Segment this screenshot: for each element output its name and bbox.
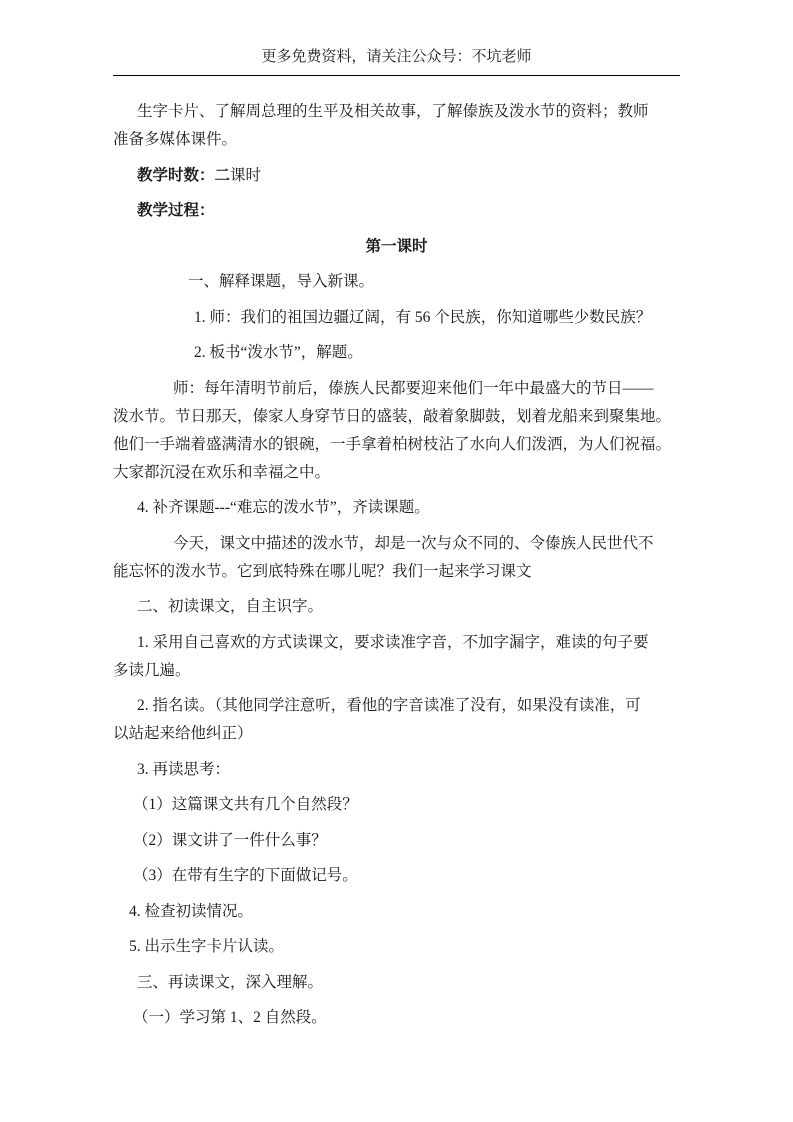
section-1-today-paragraph: 今天，课文中描述的泼水节，却是一次与众不同的、令傣族人民世代不 能忘怀的泼水节。… (113, 530, 680, 586)
section-2-item-3: 3. 再读思考： (113, 756, 680, 784)
section-1-teacher-talk: 师：每年清明节前后，傣族人民都要迎来他们一年中最盛大的节日—— 泼水节。节日那天… (113, 375, 680, 487)
section-2-item-1: 1. 采用自己喜欢的方式读课文，要求读准字音，不加字漏字，难读的句子要 多读几遍… (113, 629, 680, 685)
page-header: 更多免费资料，请关注公众号：不坑老师 (113, 0, 680, 76)
section-2-question-1: （1）这篇课文共有几个自然段？ (113, 791, 680, 819)
section-1-item-4: 4. 补齐课题---“难忘的泼水节”，齐读课题。 (113, 494, 680, 522)
section-2-item-2: 2. 指名读。（其他同学注意听，看他的字音读准了没有，如果没有读准，可 以站起来… (113, 692, 680, 748)
teaching-hours-value: 课时 (230, 167, 261, 184)
section-1-item-1: 1. 师：我们的祖国边疆辽阔，有 56 个民族，你知道哪些少数民族？ (113, 304, 680, 332)
section-2-question-2: （2）课文讲了一件什么事？ (113, 827, 680, 855)
section-1-heading: 一、解释课题，导入新课。 (113, 268, 680, 296)
section-1-item-2: 2. 板书“泼水节”，解题。 (113, 339, 680, 367)
paragraph-teaching-process-label: 教学过程： (113, 197, 680, 225)
section-3-sub-1: （一）学习第 1、2 自然段。 (113, 1004, 680, 1032)
lesson-one-title: 第一课时 (113, 233, 680, 261)
teaching-hours-label: 教学时数：二 (137, 167, 230, 184)
section-2-heading: 二、初读课文，自主识字。 (113, 593, 680, 621)
section-2-question-3: （3）在带有生字的下面做记号。 (113, 862, 680, 890)
section-2-item-5: 5. 出示生字卡片认读。 (113, 933, 680, 961)
header-notice: 更多免费资料，请关注公众号：不坑老师 (261, 49, 531, 65)
section-2-item-4: 4. 检查初读情况。 (113, 898, 680, 926)
document-body: 生字卡片、了解周总理的生平及相关故事，了解傣族及泼水节的资料；教师 准备多媒体课… (113, 98, 680, 1032)
section-3-heading: 三、再读课文，深入理解。 (113, 969, 680, 997)
paragraph-preparation: 生字卡片、了解周总理的生平及相关故事，了解傣族及泼水节的资料；教师 准备多媒体课… (113, 98, 680, 154)
document-page: 更多免费资料，请关注公众号：不坑老师 生字卡片、了解周总理的生平及相关故事，了解… (0, 0, 793, 1122)
paragraph-teaching-hours: 教学时数：二课时 (113, 162, 680, 190)
